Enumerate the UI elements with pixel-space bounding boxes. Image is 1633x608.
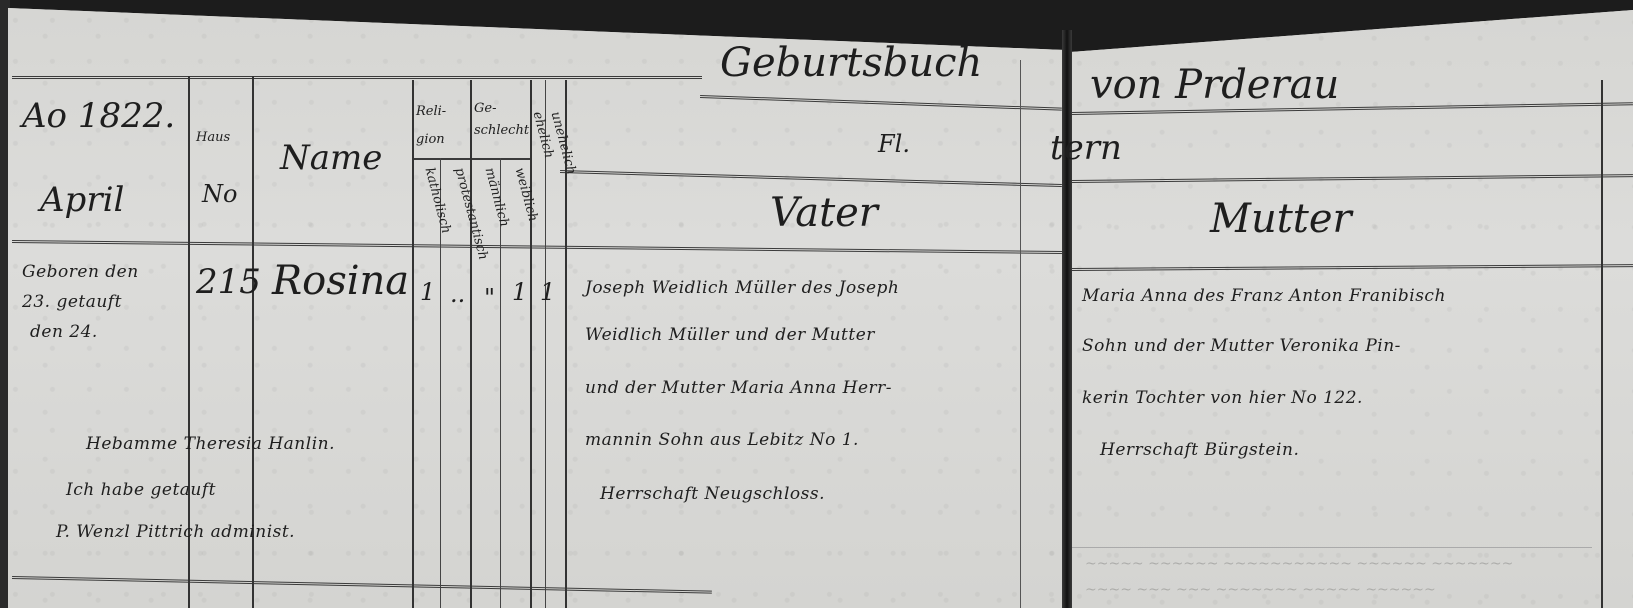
rule-header-top	[12, 76, 702, 82]
entry-father-line-4: mannin Sohn aus Lebitz No 1.	[585, 430, 859, 450]
entry-mother-line-2: Sohn und der Mutter Veronika Pin-	[1082, 336, 1401, 356]
entry-midwife: Hebamme Theresia Hanlin.	[86, 434, 335, 454]
entry-father-line-5: Herrschaft Neugschloss.	[600, 484, 825, 504]
entry-father-line-3: und der Mutter Maria Anna Herr-	[585, 378, 892, 398]
mark-protestant: ..	[450, 280, 465, 308]
register-title: Geburtsbuch	[720, 40, 982, 86]
rule-right-faint	[1072, 547, 1592, 548]
entry-child-name: Rosina	[272, 258, 409, 304]
mark-male: "	[484, 284, 495, 312]
register-title-place: von Prderau	[1090, 62, 1339, 108]
register-subtitle-left: Fl.	[878, 130, 910, 158]
header-name: Name	[280, 138, 382, 178]
entry-mother-line-4: Herrschaft Bürgstein.	[1100, 440, 1299, 460]
entry-birth-date-line-2: 23. getauft	[22, 292, 122, 312]
entry-baptised-by: Ich habe getauft	[66, 480, 216, 500]
entry-father-line-2: Weidlich Müller und der Mutter	[585, 325, 875, 345]
header-sex: Ge-schlecht	[474, 98, 528, 142]
header-house: Haus	[196, 130, 230, 145]
book-gutter	[1062, 30, 1072, 608]
col-divider-legit	[545, 80, 546, 608]
entry-birth-date-line-1: Geboren den	[22, 262, 139, 282]
header-house-no: No	[202, 180, 237, 208]
col-divider-right-edge	[1601, 80, 1603, 608]
bleed-through-text-2: ~~~~ ~~~ ~~~ ~~~~~~~ ~~~~~ ~~~~~~	[1085, 582, 1436, 598]
rule-religion-split	[412, 158, 532, 160]
entry-mother-line-3: kerin Tochter von hier No 122.	[1082, 388, 1363, 408]
header-year: Ao 1822.	[22, 96, 175, 136]
register-subtitle-right: tern	[1050, 128, 1122, 168]
mark-legitimate: 1	[540, 278, 555, 306]
entry-mother-line-1: Maria Anna des Franz Anton Franibisch	[1082, 286, 1446, 306]
entry-birth-date-line-3: den 24.	[30, 322, 98, 342]
entry-father-line-1: Joseph Weidlich Müller des Joseph	[585, 278, 899, 298]
mark-female: 1	[512, 278, 527, 306]
header-mother: Mutter	[1210, 196, 1352, 242]
entry-house-number: 215	[196, 262, 261, 302]
col-divider-name	[412, 80, 414, 608]
mark-catholic: 1	[420, 278, 435, 306]
bleed-through-text: ~~~~~ ~~~~~~ ~~~~~~~~~~~ ~~~~~~ ~~~~~~~	[1085, 556, 1513, 572]
col-divider-sex2	[530, 80, 532, 608]
header-father: Vater	[770, 190, 878, 236]
col-divider-mother	[1020, 60, 1021, 608]
header-month: April	[40, 180, 124, 220]
col-divider-rel2	[470, 80, 472, 608]
header-religion: Reli-gion	[416, 98, 466, 154]
entry-priest-signature: P. Wenzl Pittrich administ.	[56, 522, 295, 542]
